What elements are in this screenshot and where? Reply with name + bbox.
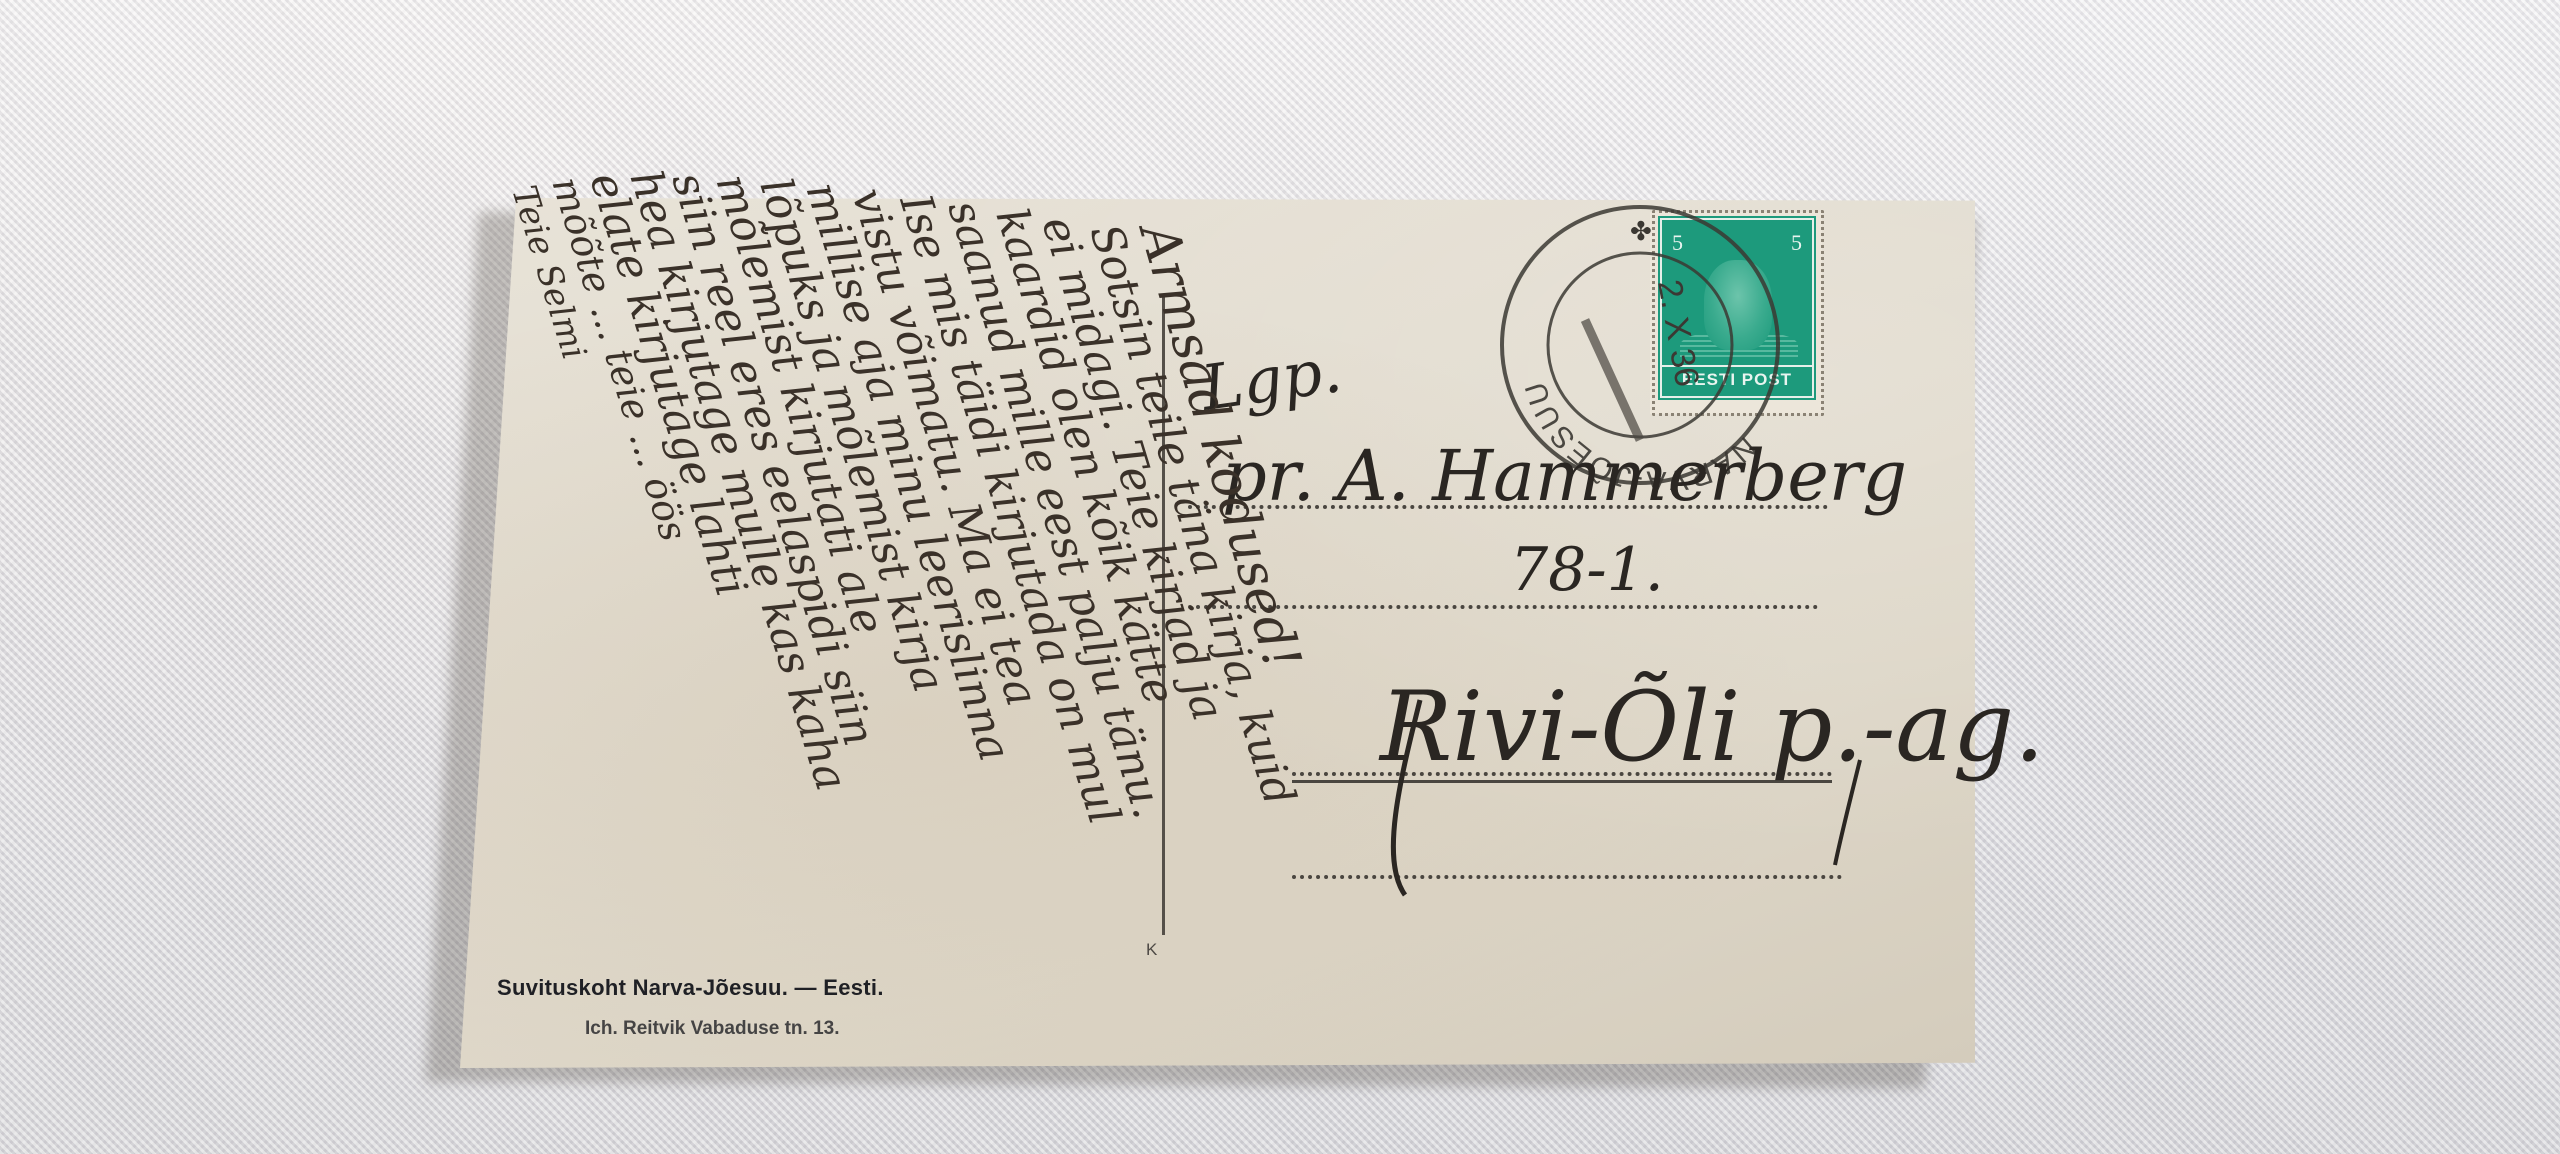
address-line-1 <box>1188 505 1828 509</box>
publisher-line: Ich. Reitvik Vabaduse tn. 13. <box>585 1018 840 1040</box>
postmark-ornament-icon: ✤ <box>1630 217 1652 247</box>
divider-mark: K <box>1146 940 1157 960</box>
address-line-3-dots <box>1292 772 1832 776</box>
address-line-4 <box>1292 875 1842 879</box>
address-line-2 <box>1188 605 1818 609</box>
printed-caption: Suvituskoht Narva-Jõesuu. — Eesti. <box>497 975 884 1001</box>
address-line-3-rule <box>1292 780 1832 783</box>
postmark-date: 2. X 36 <box>1650 277 1706 390</box>
postmark: NARVA-JÕESUU ✤ 2. X 36 <box>1490 200 1800 490</box>
message-address-divider <box>1162 295 1165 935</box>
